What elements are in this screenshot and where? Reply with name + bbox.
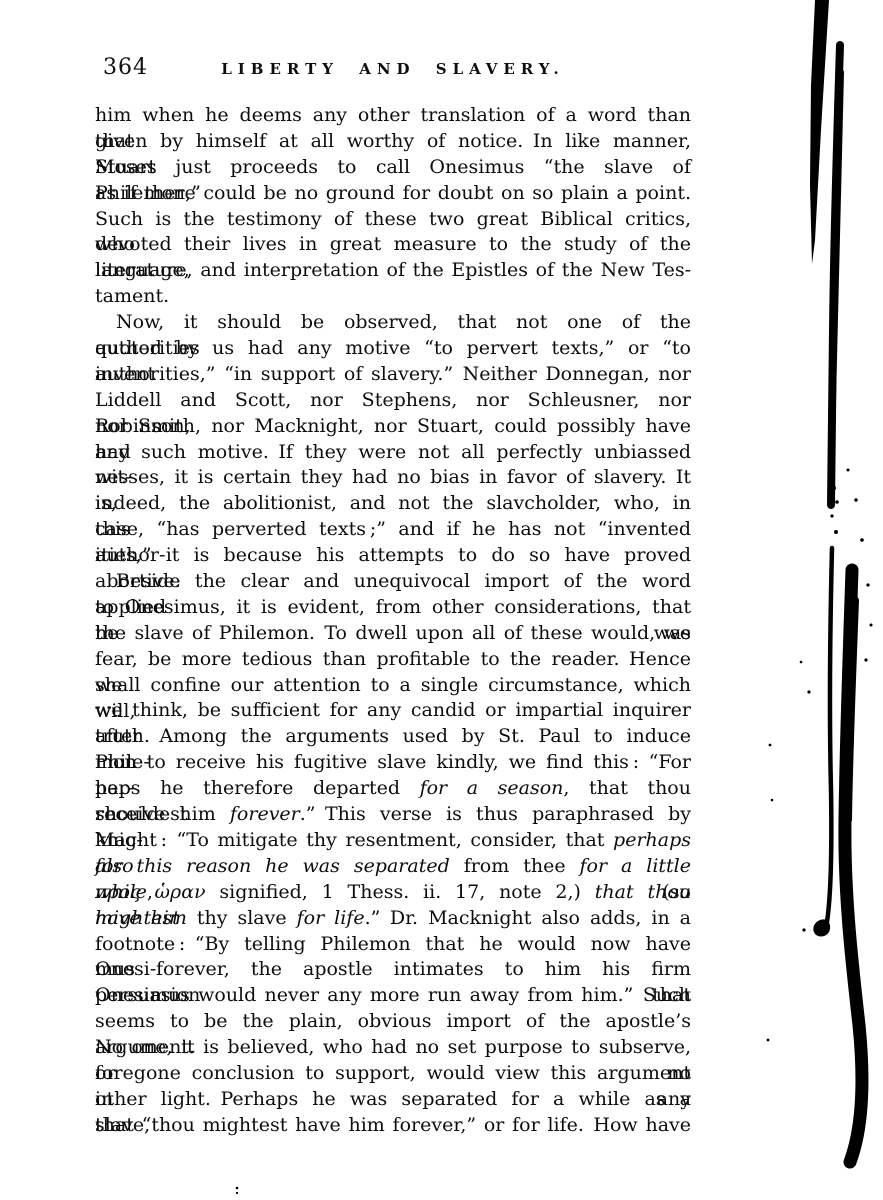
text-line: Beside the clear and unequivocal import … bbox=[95, 569, 691, 595]
text-line: seems to be the plain, obvious import of… bbox=[95, 1009, 691, 1035]
text-line: fear, be more tedious than profitable to… bbox=[95, 647, 691, 673]
text-line: have him thy slave for life.” Dr. Mackni… bbox=[95, 906, 691, 932]
text-line: nor Smith, nor Macknight, nor Stuart, co… bbox=[95, 414, 691, 440]
text-line: No one, it is believed, who had no set p… bbox=[95, 1035, 691, 1061]
running-head: LIBERTY AND SLAVERY. bbox=[95, 60, 691, 78]
text-line: him when he deems any other translation … bbox=[95, 103, 691, 129]
text-line: truth. Among the arguments used by St. P… bbox=[95, 724, 691, 750]
text-line: quoted by us had any motive “to pervert … bbox=[95, 336, 691, 362]
text-line: Such is the testimony of these two great… bbox=[95, 207, 691, 233]
text-line: given by himself at all worthy of notice… bbox=[95, 129, 691, 155]
text-line: Liddell and Scott, nor Stephens, nor Sch… bbox=[95, 388, 691, 414]
text-line: Stuart just proceeds to call Onesimus “t… bbox=[95, 155, 691, 181]
greek-phrase: προς ὡραν bbox=[95, 881, 206, 903]
text-line: ities,” it is because his attempts to do… bbox=[95, 543, 691, 569]
body-text: him when he deems any other translation … bbox=[95, 103, 691, 1139]
scanned-book-page: 364 LIBERTY AND SLAVERY. him when he dee… bbox=[0, 0, 883, 1200]
text-line: knight : “To mitigate thy resentment, co… bbox=[95, 828, 691, 854]
text-line: case, “has perverted texts ;” and if he … bbox=[95, 517, 691, 543]
text-line: the slave of Philemon. To dwell upon all… bbox=[95, 621, 691, 647]
text-line: indeed, the abolitionist, and not the sl… bbox=[95, 491, 691, 517]
text-line: foregone conclusion to support, would vi… bbox=[95, 1061, 691, 1087]
text-line: as if there could be no ground for doubt… bbox=[95, 181, 691, 207]
text-line: to Onesimus, it is evident, from other c… bbox=[95, 595, 691, 621]
text-line: haps he therefore departed for a season,… bbox=[95, 776, 691, 802]
text-line: nesses, it is certain they had no bias i… bbox=[95, 465, 691, 491]
text-line: authorities,” “in support of slavery.” N… bbox=[95, 362, 691, 388]
text-line: tament. bbox=[95, 284, 691, 310]
text-line: προς ὡραν signified, 1 Thess. ii. 17, no… bbox=[95, 880, 691, 906]
text-line: for this reason he was separated from th… bbox=[95, 854, 691, 880]
text-line: mus forever, the apostle intimates to hi… bbox=[95, 957, 691, 983]
text-line: footnote : “By telling Philemon that he … bbox=[95, 932, 691, 958]
text-line: we think, be sufficient for any candid o… bbox=[95, 698, 691, 724]
text-line: any such motive. If they were not all pe… bbox=[95, 440, 691, 466]
text-line: Now, it should be observed, that not one… bbox=[95, 310, 691, 336]
text-line: that “thou mightest have him forever,” o… bbox=[95, 1113, 691, 1139]
text-line: other light. Perhaps he was separated fo… bbox=[95, 1087, 691, 1113]
text-line: literature, and interpretation of the Ep… bbox=[95, 258, 691, 284]
text-line: mon to receive his fugitive slave kindly… bbox=[95, 750, 691, 776]
text-line: Onesimus would never any more run away f… bbox=[95, 983, 691, 1009]
text-line: devoted their lives in great measure to … bbox=[95, 232, 691, 258]
text-line: shall confine our attention to a single … bbox=[95, 673, 691, 699]
text-line: receive him forever.” This verse is thus… bbox=[95, 802, 691, 828]
